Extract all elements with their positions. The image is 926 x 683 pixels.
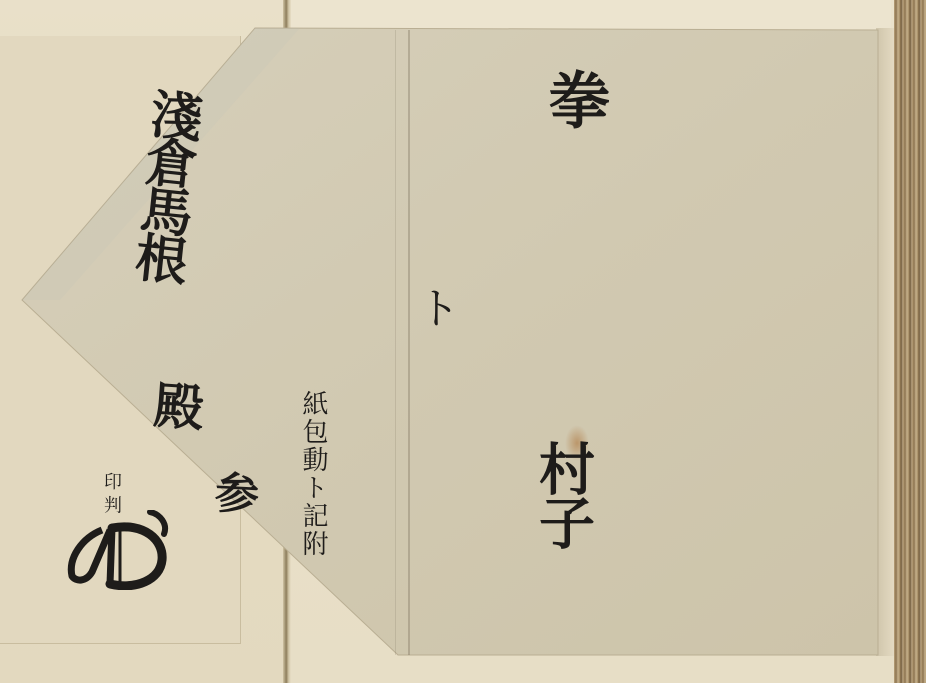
calligraphy-honorific: 殿	[148, 378, 201, 431]
calligraphy-middle-mark: ト	[412, 285, 456, 329]
kao-label: 印 判	[102, 472, 120, 514]
wrapper-crease	[408, 30, 410, 655]
kao-signature-mark-icon	[64, 510, 174, 590]
calligraphy-trailing: 参	[209, 469, 255, 515]
calligraphy-top-character: 拳	[543, 68, 605, 130]
calligraphy-signature: 村子	[535, 440, 591, 548]
calligraphy-small-note: 紙包動ト記附	[300, 390, 326, 558]
wrapper-crease-secondary	[395, 30, 396, 655]
